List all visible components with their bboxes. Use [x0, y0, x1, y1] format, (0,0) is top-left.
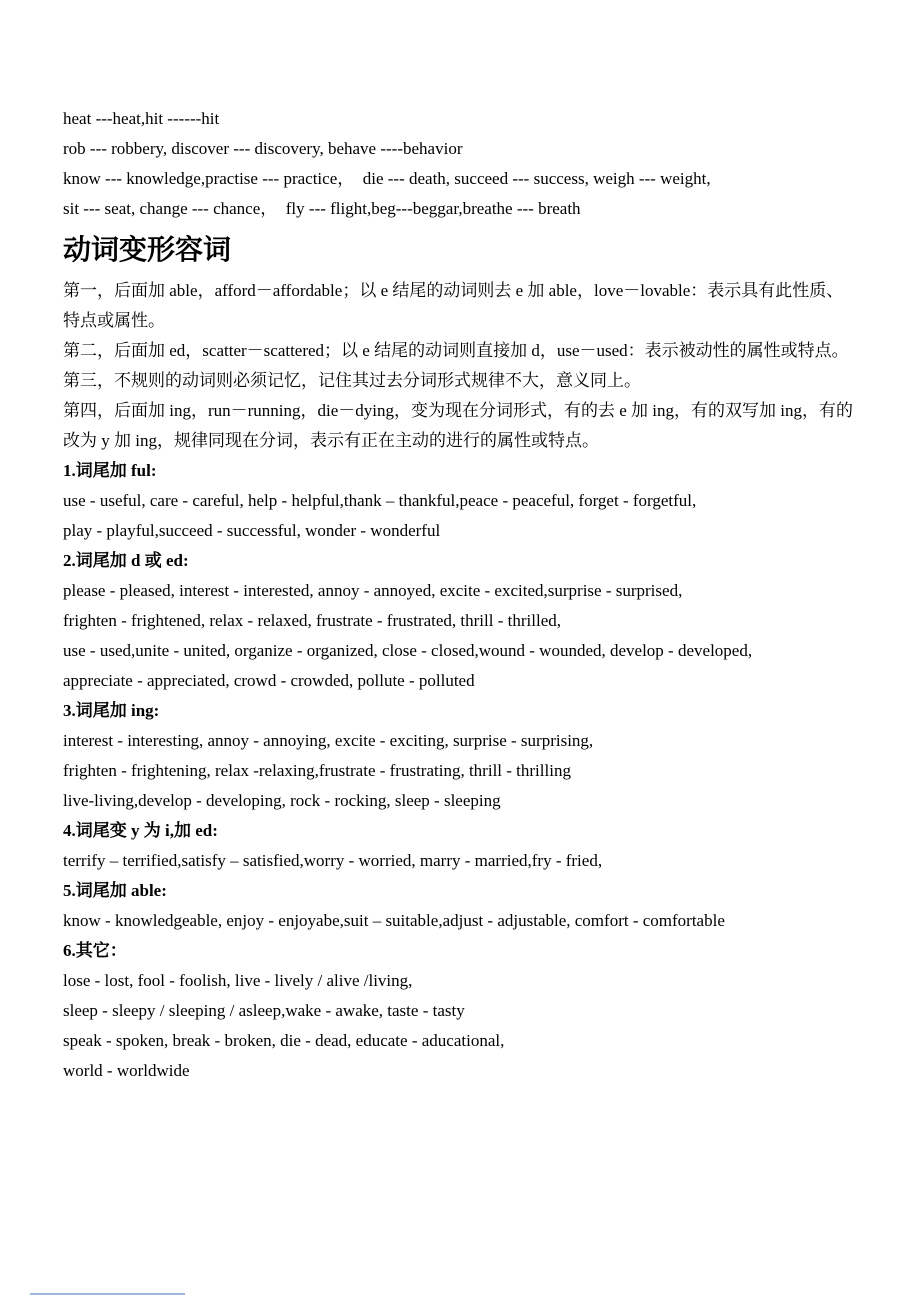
- word-list-line: sleep - sleepy / sleeping / asleep,wake …: [63, 996, 859, 1026]
- word-list-line: lose - lost, fool - foolish, live - live…: [63, 966, 859, 996]
- section-title: 5.词尾加 able:: [63, 876, 859, 906]
- word-list-line: terrify – terrified,satisfy – satisfied,…: [63, 846, 859, 876]
- word-list-line: use - useful, care - careful, help - hel…: [63, 486, 859, 516]
- word-list-line: please - pleased, interest - interested,…: [63, 576, 859, 606]
- word-list-line: know - knowledgeable, enjoy - enjoyabe,s…: [63, 906, 859, 936]
- word-list-line: world - worldwide: [63, 1056, 859, 1086]
- rule-paragraph: 第一，后面加 able，afford－affordable；以 e 结尾的动词则…: [63, 276, 859, 336]
- word-list-line: frighten - frightening, relax -relaxing,…: [63, 756, 859, 786]
- section-title: 2.词尾加 d 或 ed:: [63, 546, 859, 576]
- noun-derivation-line: heat ---heat,hit ------hit: [63, 104, 859, 134]
- noun-derivation-line: rob --- robbery, discover --- discovery,…: [63, 134, 859, 164]
- word-list-line: interest - interesting, annoy - annoying…: [63, 726, 859, 756]
- section-title: 1.词尾加 ful:: [63, 456, 859, 486]
- noun-derivation-line: know --- knowledge,practise --- practice…: [63, 164, 859, 194]
- word-list-line: play - playful,succeed - successful, won…: [63, 516, 859, 546]
- word-list-line: frighten - frightened, relax - relaxed, …: [63, 606, 859, 636]
- noun-derivation-line: sit --- seat, change --- chance， fly ---…: [63, 194, 859, 224]
- rule-paragraph: 第三，不规则的动词则必须记忆，记住其过去分词形式规律不大，意义同上。: [63, 366, 859, 396]
- section-title: 6.其它：: [63, 936, 859, 966]
- page-title: 动词变形容词: [63, 234, 859, 268]
- word-list-line: speak - spoken, break - broken, die - de…: [63, 1026, 859, 1056]
- word-list-line: appreciate - appreciated, crowd - crowde…: [63, 666, 859, 696]
- word-list-line: use - used,unite - united, organize - or…: [63, 636, 859, 666]
- document-page: heat ---heat,hit ------hit rob --- robbe…: [63, 104, 859, 1086]
- page-bottom-border-line: [30, 1293, 185, 1295]
- rule-paragraph: 第二，后面加 ed，scatter－scattered；以 e 结尾的动词则直接…: [63, 336, 859, 366]
- section-title: 3.词尾加 ing:: [63, 696, 859, 726]
- word-list-line: live-living,develop - developing, rock -…: [63, 786, 859, 816]
- section-title: 4.词尾变 y 为 i,加 ed:: [63, 816, 859, 846]
- rule-paragraph: 第四，后面加 ing，run－running，die－dying，变为现在分词形…: [63, 396, 859, 456]
